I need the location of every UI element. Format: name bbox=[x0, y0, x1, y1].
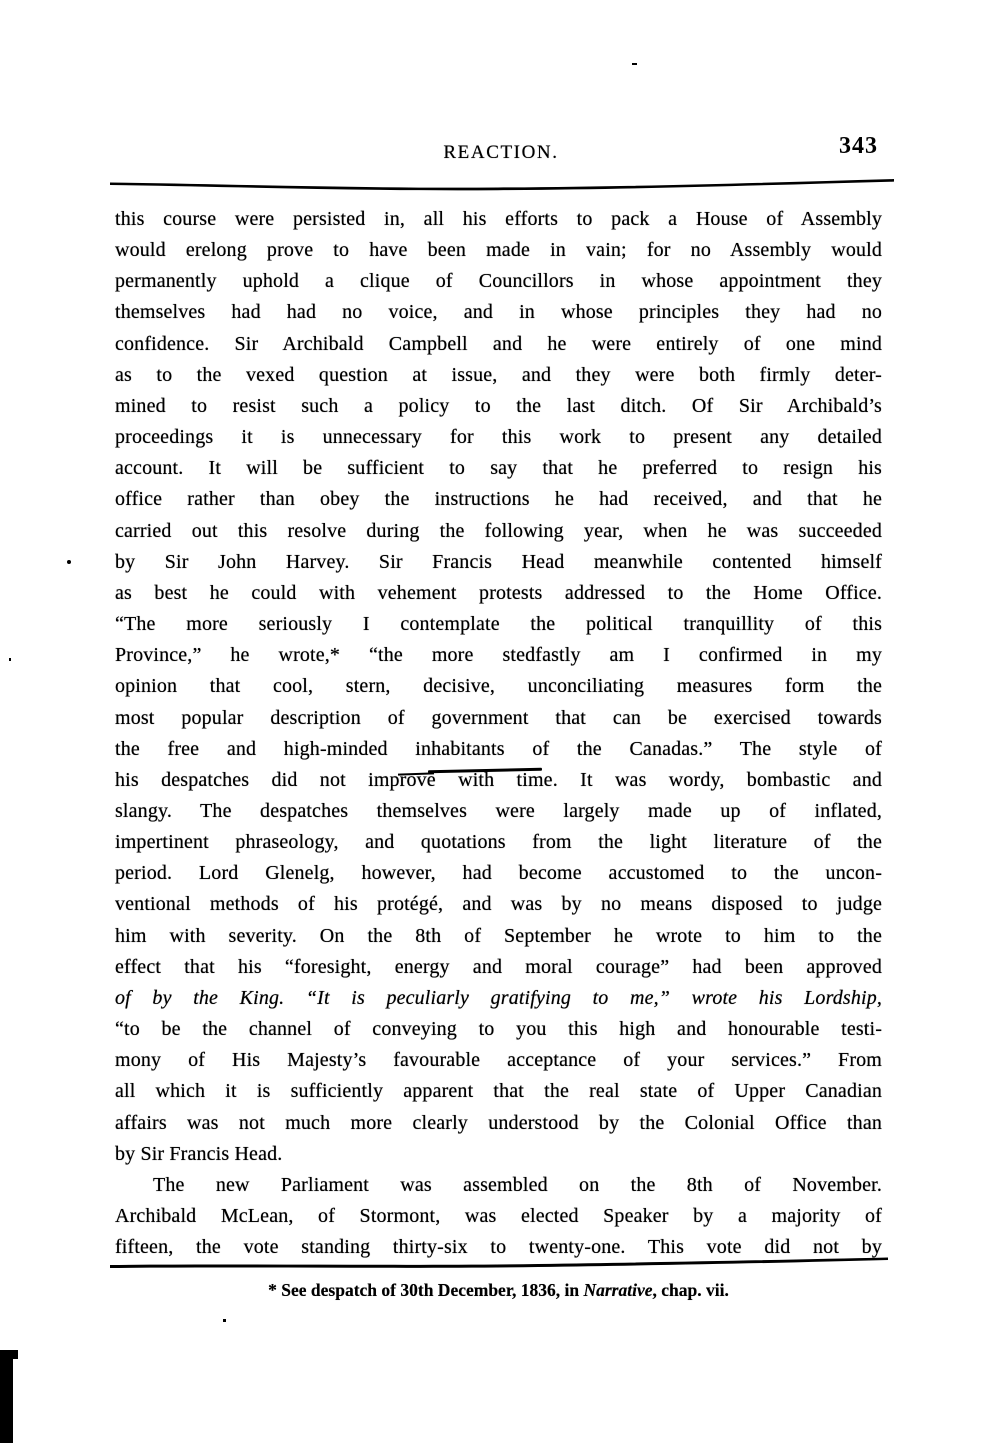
text-line: by Sir Francis Head. bbox=[115, 1139, 882, 1170]
text-line: “The more seriously I contemplate the po… bbox=[115, 609, 882, 640]
text-line: the free and high-minded inhabitants of … bbox=[115, 734, 882, 765]
scan-speck bbox=[9, 658, 11, 661]
footnote-work-title: Narrative bbox=[583, 1280, 652, 1300]
text-line: as to the vexed question at issue, and t… bbox=[115, 360, 882, 391]
text-line: office rather than obey the instructions… bbox=[115, 484, 882, 515]
scan-speck bbox=[67, 560, 71, 564]
text-line: proceedings it is unnecessary for this w… bbox=[115, 422, 882, 453]
text-line: would erelong prove to have been made in… bbox=[115, 235, 882, 266]
scan-speck bbox=[223, 1319, 226, 1322]
body-text: this course were persisted in, all his e… bbox=[115, 204, 882, 1263]
text-line: period. Lord Glenelg, however, had becom… bbox=[115, 858, 882, 889]
text-line: opinion that cool, stern, decisive, unco… bbox=[115, 671, 882, 702]
text-line: mony of His Majesty’s favourable accepta… bbox=[115, 1045, 882, 1076]
text-line: as best he could with vehement protests … bbox=[115, 578, 882, 609]
text-line: Province,” he wrote,* “the more stedfast… bbox=[115, 640, 882, 671]
text-line: most popular description of government t… bbox=[115, 703, 882, 734]
text-line: “to be the channel of conveying to you t… bbox=[115, 1014, 882, 1045]
scan-speck bbox=[632, 63, 637, 65]
text-line: of by the King. “It is peculiarly gratif… bbox=[115, 983, 882, 1014]
text-line: Archibald McLean, of Stormont, was elect… bbox=[115, 1201, 882, 1232]
text-line: all which it is sufficiently apparent th… bbox=[115, 1076, 882, 1107]
text-line: carried out this resolve during the foll… bbox=[115, 516, 882, 547]
page-number: 343 bbox=[839, 133, 878, 160]
text-line: slangy. The despatches themselves were l… bbox=[115, 796, 882, 827]
text-line: effect that his “foresight, energy and m… bbox=[115, 952, 882, 983]
text-line: this course were persisted in, all his e… bbox=[115, 204, 882, 235]
text-line: ventional methods of his protégé, and wa… bbox=[115, 889, 882, 920]
text-line: confidence. Sir Archibald Campbell and h… bbox=[115, 329, 882, 360]
text-line: mined to resist such a policy to the las… bbox=[115, 391, 882, 422]
text-line: by Sir John Harvey. Sir Francis Head mea… bbox=[115, 547, 882, 578]
text-line: affairs was not much more clearly unders… bbox=[115, 1108, 882, 1139]
scan-edge-artifact bbox=[13, 1350, 18, 1359]
text-line: account. It will be sufficient to say th… bbox=[115, 453, 882, 484]
book-page: REACTION. 343 this course were persisted… bbox=[0, 0, 1002, 1452]
text-line: impertinent phraseology, and quotations … bbox=[115, 827, 882, 858]
header-rule bbox=[108, 176, 898, 192]
footnote-suffix: , chap. vii. bbox=[653, 1280, 729, 1300]
footnote: * See despatch of 30th December, 1836, i… bbox=[115, 1280, 882, 1301]
text-line: him with severity. On the 8th of Septemb… bbox=[115, 921, 882, 952]
running-head: REACTION. 343 bbox=[0, 0, 1002, 180]
text-line: themselves had had no voice, and in whos… bbox=[115, 297, 882, 328]
scan-edge-artifact bbox=[0, 1350, 13, 1443]
text-line: permanently uphold a clique of Councillo… bbox=[115, 266, 882, 297]
text-line: The new Parliament was assembled on the … bbox=[115, 1170, 882, 1201]
footnote-rule bbox=[108, 1254, 890, 1270]
footnote-text: * See despatch of 30th December, 1836, i… bbox=[268, 1280, 583, 1300]
